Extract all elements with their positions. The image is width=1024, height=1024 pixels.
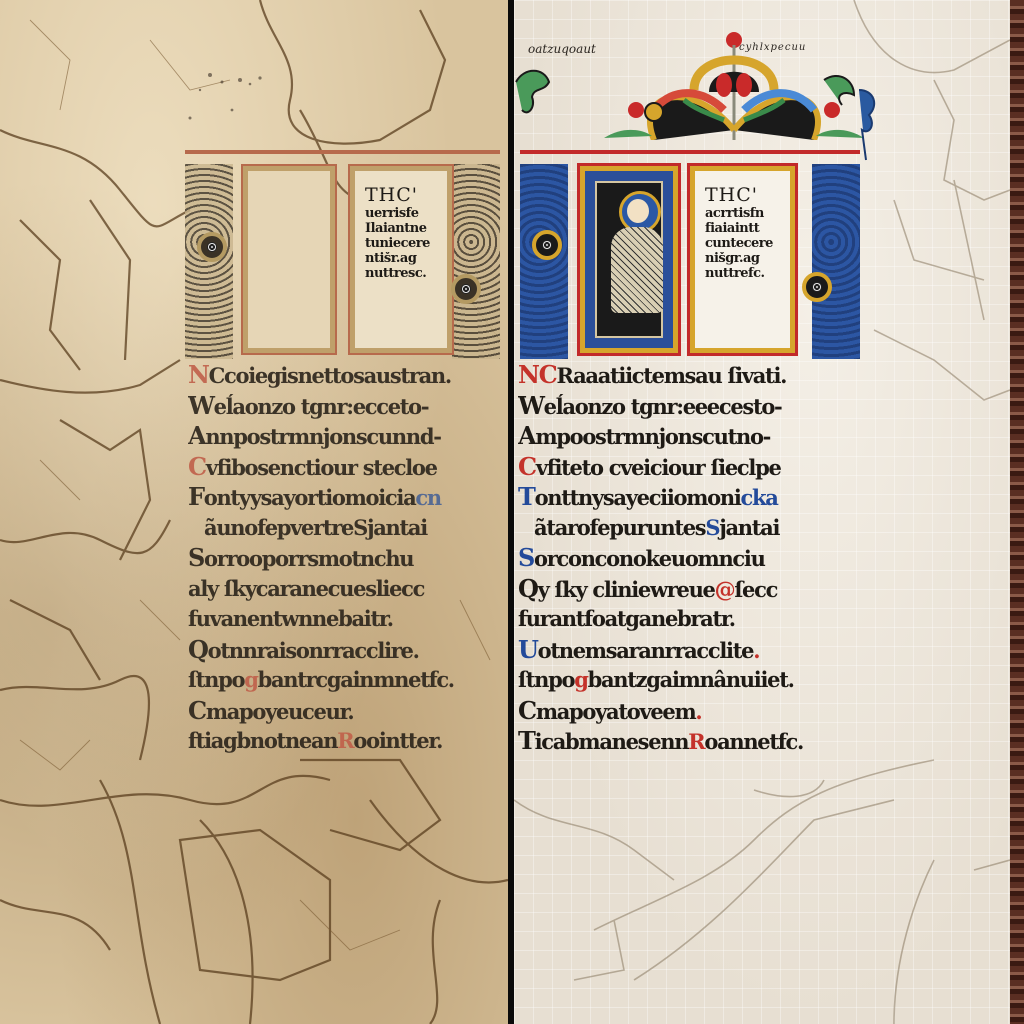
text-line: NCcoiegisnettosaustran. bbox=[188, 360, 498, 391]
caption-text: THC' acrrtisfn fiaiaintt cuntecere nišgr… bbox=[705, 185, 782, 282]
illuminated-header-restored: THC' acrrtisfn fiaiaintt cuntecere nišgr… bbox=[520, 150, 860, 359]
caption-title: THC' bbox=[365, 185, 439, 207]
caption-line: acrrtisfn bbox=[705, 207, 782, 222]
text-line: Uotnemsaranrracclite. bbox=[518, 635, 858, 666]
text-line: Cmapoyeuceur. bbox=[188, 696, 498, 727]
restored-manuscript-panel: oatzuqoaut cyhlxpecuu THC' acrrti bbox=[514, 0, 1010, 1024]
text-line: Annpostrmnjonscunnd- bbox=[188, 421, 498, 452]
caption-line: nuttrefc. bbox=[705, 267, 782, 282]
text-line: Ampoostrmnjonscutno- bbox=[518, 421, 858, 452]
caption-line: nišgr.ag bbox=[705, 252, 782, 267]
caption-line: ntišr.ag bbox=[365, 252, 439, 267]
text-line: Qy ſky cliniewreue@ſecc bbox=[518, 574, 858, 605]
text-line: ſtnpogbantrcgainmnetfc. bbox=[188, 665, 498, 696]
manuscript-text-damaged: NCcoiegisnettosaustran. Weĺaonzo tgnr:ec… bbox=[188, 360, 498, 757]
caption-line: fiaiaintt bbox=[705, 222, 782, 237]
text-line: ãtarofepuruntesSjantai bbox=[518, 513, 858, 544]
caption-line: tuniecere bbox=[365, 237, 439, 252]
left-lapis-band bbox=[520, 164, 568, 359]
text-line: Sorrooporrsmotnchu bbox=[188, 543, 498, 574]
manuscript-text-restored: NCRaaatiictemsau ſivati. Weĺaonzo tgnr:e… bbox=[518, 360, 858, 757]
text-line: fuvanentwnnebaitr. bbox=[188, 604, 498, 635]
illuminated-header-faded: THC' uerrisfe Ilaiantne tuniecere ntišr.… bbox=[185, 150, 500, 359]
ornament-text-right: cyhlxpecuu bbox=[739, 42, 806, 53]
text-line: Fontyysayortiomoiciacn bbox=[188, 482, 498, 513]
text-line: Sorconconokeuomnciu bbox=[518, 543, 858, 574]
green-leaf-flourish-icon bbox=[514, 62, 554, 122]
roundel-ornament-icon bbox=[802, 272, 832, 302]
text-line: ftiagbnotneanRoointter. bbox=[188, 726, 498, 757]
text-line: TicabmanesennRoannetfc. bbox=[518, 726, 858, 757]
caption-frame: THC' acrrtisfn fiaiaintt cuntecere nišgr… bbox=[690, 166, 795, 353]
saint-portrait-icon bbox=[595, 181, 663, 338]
text-line: ãunofepvertreSjantai bbox=[188, 513, 498, 544]
text-line: Cmapoyatoveem. bbox=[518, 696, 858, 727]
empty-miniature-frame bbox=[243, 166, 335, 353]
text-line: Cvfibosenctiour stecloe bbox=[188, 452, 498, 483]
text-line: NCRaaatiictemsau ſivati. bbox=[518, 360, 858, 391]
text-line: Qotnnraisonrracclire. bbox=[188, 635, 498, 666]
restoration-comparison: THC' uerrisfe Ilaiantne tuniecere ntišr.… bbox=[0, 0, 1024, 1024]
caption-line: uerrisfe bbox=[365, 207, 439, 222]
caption-text: THC' uerrisfe Ilaiantne tuniecere ntišr.… bbox=[365, 185, 439, 282]
text-line: aly ſkycaranecuesliecc bbox=[188, 574, 498, 605]
damaged-manuscript-panel: THC' uerrisfe Ilaiantne tuniecere ntišr.… bbox=[0, 0, 508, 1024]
saint-miniature-frame bbox=[580, 166, 678, 353]
roundel-ornament-icon bbox=[532, 230, 562, 260]
roundel-ornament-icon bbox=[197, 232, 227, 262]
roundel-ornament-icon bbox=[451, 274, 481, 304]
caption-line: cuntecere bbox=[705, 237, 782, 252]
ornament-text-left: oatzuqoaut bbox=[528, 42, 596, 56]
text-line: Weĺaonzo tgnr:eeecesto- bbox=[518, 391, 858, 422]
caption-frame: THC' uerrisfe Ilaiantne tuniecere ntišr.… bbox=[350, 166, 452, 353]
right-lapis-band bbox=[812, 164, 860, 359]
text-line: ſtnpogbantzgaimnânuiiet. bbox=[518, 665, 858, 696]
text-line: Tonttnysayeciiomonicka bbox=[518, 482, 858, 513]
book-edge bbox=[1010, 0, 1024, 1024]
right-decorative-band bbox=[452, 164, 500, 359]
text-line: Weĺaonzo tgnr:ecceto- bbox=[188, 391, 498, 422]
text-line: furantfoatganebratr. bbox=[518, 604, 858, 635]
caption-line: nuttresc. bbox=[365, 267, 439, 282]
caption-title: THC' bbox=[705, 185, 782, 207]
caption-line: Ilaiantne bbox=[365, 222, 439, 237]
text-line: Cvfiteto cveiciour ſieclpe bbox=[518, 452, 858, 483]
